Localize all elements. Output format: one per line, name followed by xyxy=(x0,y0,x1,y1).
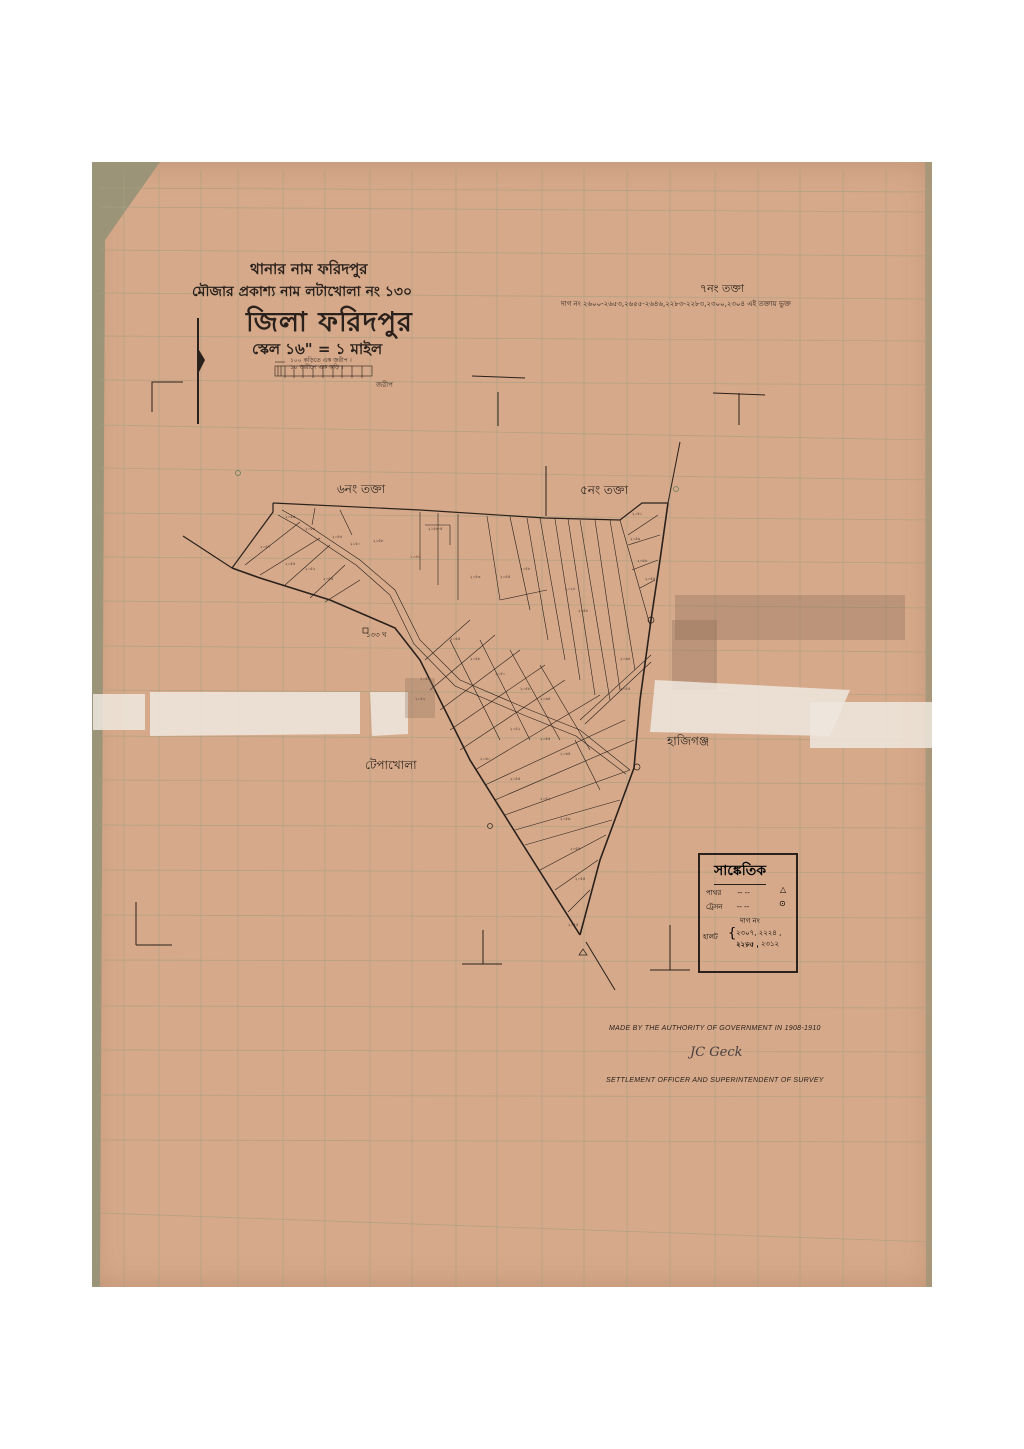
sheet-7-plot-list: দাগ নং ২৬০০-২৬৫৩,২৬৫৫-২৬৪৬,২২৮৩-২২৮৩,২৩০… xyxy=(561,298,791,310)
village-hajiganj: হাজিগঞ্জ xyxy=(667,733,709,753)
legend-label: ট্রেসন xyxy=(706,903,723,911)
svg-text:২০৫৫: ২০৫৫ xyxy=(540,736,551,741)
cadastral-map: ২০৫৩২০৫৪ ২০৫৭২০৫৫ ২০৫২২০৫৫ ২০৫৪২১৫০ ২১৫৮… xyxy=(0,0,1024,1449)
scale-note-2: ১০ জরীপে এক কড়ি । xyxy=(290,362,343,373)
svg-text:২০৫৫: ২০৫৫ xyxy=(285,561,296,566)
svg-text:২১৫৬-৫: ২১৫৬-৫ xyxy=(428,526,443,531)
svg-text:২০৫২: ২০৫২ xyxy=(510,726,521,731)
svg-text:২১৫৮: ২১৫৮ xyxy=(373,538,384,543)
legend-box: সাঙ্কেতিক পাথর -- -- △ ট্রেসন -- -- ⊙ দা… xyxy=(698,853,798,973)
svg-text:১০৪১: ১০৪১ xyxy=(410,554,421,559)
halot-label: হালট xyxy=(703,931,718,943)
svg-text:২০৫৮: ২০৫৮ xyxy=(520,566,531,571)
svg-text:২০৫৭: ২০৫৭ xyxy=(570,846,581,851)
svg-text:২০৫৪: ২০৫৪ xyxy=(332,534,343,539)
svg-text:২১৫০: ২১৫০ xyxy=(350,541,361,546)
svg-text:২০৬৪: ২০৬৪ xyxy=(620,656,631,661)
station-circle-icon: ⊙ xyxy=(779,899,786,908)
svg-text:২০৫৫: ২০৫৫ xyxy=(575,876,586,881)
sheet-6-label: ৬নং তক্তা xyxy=(337,481,385,501)
svg-text:২০৫৪: ২০৫৪ xyxy=(645,576,656,581)
svg-text:২০৫১: ২০৫১ xyxy=(632,511,643,516)
officer-title: SETTLEMENT OFFICER AND SUPERINTENDENT OF… xyxy=(606,1077,824,1084)
svg-text:২০৬০: ২০৬০ xyxy=(480,756,491,761)
svg-text:২০৫৮: ২০৫৮ xyxy=(578,608,589,613)
svg-text:২০৫৯: ২০৫৯ xyxy=(630,536,641,541)
svg-text:২০৫৩: ২০৫৩ xyxy=(285,514,296,519)
svg-text:২০৫৭: ২০৫৭ xyxy=(260,544,271,549)
svg-text:২০৫৫: ২০৫৫ xyxy=(620,686,631,691)
svg-text:২০৫৮: ২০৫৮ xyxy=(470,656,481,661)
svg-text:২০৫৫: ২০৫৫ xyxy=(450,636,461,641)
svg-text:২০৫৫: ২০৫৫ xyxy=(500,574,511,579)
svg-text:২০৫৪: ২০৫৪ xyxy=(637,558,648,563)
svg-text:২০৫৩: ২০৫৩ xyxy=(470,574,481,579)
triangle-icon: △ xyxy=(780,885,786,894)
legend-label: পাথর xyxy=(706,889,721,897)
sheet-7-label: ৭নং তক্তা xyxy=(700,280,744,299)
svg-text:২০৫৬: ২০৫৬ xyxy=(560,816,571,821)
plot-marker: ১৩৩ খ xyxy=(366,629,386,641)
svg-text:২০৬৫: ২০৬৫ xyxy=(540,696,551,701)
authority-line: MADE BY THE AUTHORITY OF GOVERNMENT IN 1… xyxy=(609,1025,821,1032)
svg-text:২০৫২: ২০৫২ xyxy=(305,566,316,571)
svg-text:২০২৪: ২০২৪ xyxy=(565,586,576,591)
legend-row-stone: পাথর -- -- xyxy=(706,887,750,899)
sheet-5-label: ৫নং তক্তা xyxy=(580,482,628,502)
scale-bar-unit: জরীপ xyxy=(376,379,393,391)
svg-text:২০৫৫: ২০৫৫ xyxy=(568,922,579,927)
signature: JC Geck xyxy=(690,1045,743,1060)
svg-text:২০৫৮: ২০৫৮ xyxy=(520,686,531,691)
village-tepakhola: টেপাখোলা xyxy=(365,757,417,777)
legend-row-station: ট্রেসন -- -- xyxy=(706,901,749,913)
svg-text:২০৫০: ২০৫০ xyxy=(495,671,506,676)
mouza-name: মৌজার প্রকাশ্য নাম লটাখোলা নং ১৩০ xyxy=(192,280,412,304)
svg-text:২০৫২: ২০৫২ xyxy=(540,796,551,801)
halot-plots-line-2: ২১৩৫ , ২৩১২ xyxy=(736,938,779,950)
svg-text:২০৫৫: ২০৫৫ xyxy=(510,776,521,781)
svg-text:২০৫৪: ২০৫৪ xyxy=(305,526,316,531)
legend-title: সাঙ্কেতিক xyxy=(714,859,766,885)
svg-text:২০৬৫: ২০৬৫ xyxy=(560,751,571,756)
plot-heading: দাগ নং xyxy=(740,915,760,927)
svg-text:২০৫৫: ২০৫৫ xyxy=(323,576,334,581)
